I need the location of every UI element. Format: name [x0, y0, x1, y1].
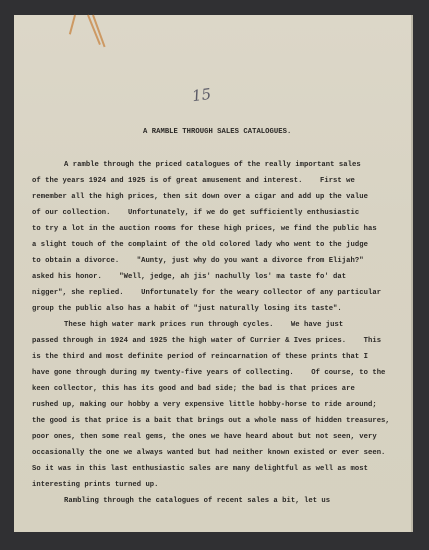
text-line: Rambling through the catalogues of recen… [64, 497, 330, 505]
text-line: to obtain a divorce. "Aunty, just why do… [32, 257, 364, 265]
rust-stain [69, 15, 76, 35]
text-line: occasionally the one we always wanted bu… [32, 449, 385, 457]
text-line: of our collection. Unfortunately, if we … [32, 209, 359, 217]
text-line: a slight touch of the complaint of the o… [32, 241, 368, 249]
text-line: asked his honor. "Well, jedge, ah jis' n… [32, 273, 346, 281]
text-line: keen collector, this has its good and ba… [32, 385, 355, 393]
text-line: group the public also has a habit of "ju… [32, 305, 342, 313]
document-title: A RAMBLE THROUGH SALES CATALOGUES. [143, 128, 291, 136]
text-line: So it was in this last enthusiastic sale… [32, 465, 368, 473]
text-line: to try a lot in the auction rooms for th… [32, 225, 377, 233]
text-line: rushed up, making our hobby a very expen… [32, 401, 377, 409]
text-line: have gone through during my twenty-five … [32, 369, 385, 377]
paper-edge [411, 15, 413, 532]
handwritten-page-number: 15 [191, 85, 212, 105]
text-line: passed through in 1924 and 1925 the high… [32, 337, 381, 345]
text-line: These high water mark prices run through… [64, 321, 343, 329]
text-line: poor ones, then some real gems, the ones… [32, 433, 377, 441]
text-line: remember all the high prices, then sit d… [32, 193, 368, 201]
text-line: is the third and most definite period of… [32, 353, 368, 361]
text-line: nigger", she replied. Unfortunately for … [32, 289, 381, 297]
text-line: the good is that price is a bait that br… [32, 417, 390, 425]
text-line: A ramble through the priced catalogues o… [64, 161, 361, 169]
text-line: interesting prints turned up. [32, 481, 159, 489]
text-line: of the years 1924 and 1925 is of great a… [32, 177, 355, 185]
